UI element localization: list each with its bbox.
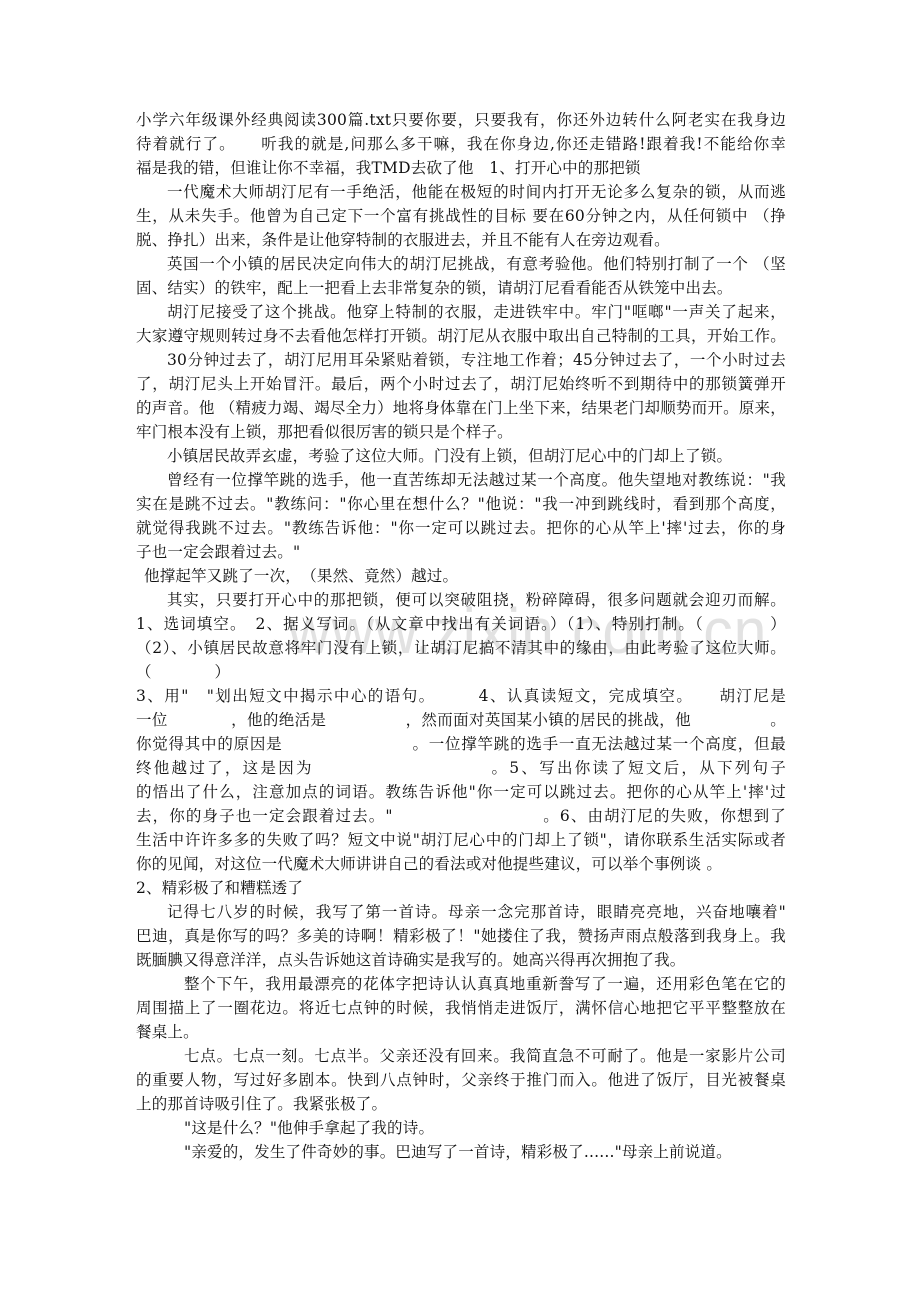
text-line: 曾经有一位撑竿跳的选手，他一直苦练却无法越过某一个高度。他失望地对教练说："我 [136, 468, 786, 492]
document-body: 小学六年级课外经典阅读300篇.txt只要你要，只要我有，你还外边转什么阿老实在… [136, 108, 786, 1164]
text-line: 脱、挣扎）出来，条件是让他穿特制的衣服进去，并且不能有人在旁边观看。 [136, 228, 786, 252]
text-line: 七点。七点一刻。七点半。父亲还没有回来。我简直急不可耐了。他是一家影片公司 [136, 1044, 786, 1068]
text-line: 他撑起竿又跳了一次， （果然、竟然）越过。 [136, 564, 786, 588]
text-line: 英国一个小镇的居民决定向伟大的胡汀尼挑战，有意考验他。他们特别打制了一个 （坚 [136, 252, 786, 276]
text-line: 巴迪，真是你写的吗？多美的诗啊！精彩极了！"她搂住了我，赞扬声雨点般落到我身上。… [136, 924, 786, 948]
text-line: 待着就行了。 听我的就是,问那么多干嘛，我在你身边,你还走错路!跟着我!不能给你… [136, 132, 786, 156]
text-line: 1、选词填空。 2、据义写词。（从文章中找出有关词语。）（1）、特别打制。（ ） [136, 612, 786, 636]
text-line: （2）、小镇居民故意将牢门没有上锁，让胡汀尼搞不清其中的缘由，由此考验了这位大师… [136, 636, 786, 660]
text-line: 大家遵守规则转过身不去看他怎样打开锁。胡汀尼从衣服中取出自己特制的工具，开始工作… [136, 324, 786, 348]
text-line: 一代魔术大师胡汀尼有一手绝活，他能在极短的时间内打开无论多么复杂的锁，从而逃 [136, 180, 786, 204]
text-line: 小镇居民故弄玄虚，考验了这位大师。门没有上锁，但胡汀尼心中的门却上了锁。 [136, 444, 786, 468]
text-line: 生活中许许多多的失败了吗？短文中说"胡汀尼心中的门却上了锁"，请你联系生活实际或… [136, 828, 786, 852]
text-line: 实在是跳不过去。"教练问："你心里在想什么？"他说："我一冲到跳线时，看到那个高… [136, 492, 786, 516]
text-line: 上的那首诗吸引住了。我紧张极了。 [136, 1092, 786, 1116]
text-line: 记得七八岁的时候，我写了第一首诗。母亲一念完那首诗，眼睛亮亮地，兴奋地嚷着" [136, 900, 786, 924]
text-line: 就觉得我跳不过去。"教练告诉他："你一定可以跳过去。把你的心从竿上'摔'过去，你… [136, 516, 786, 540]
text-line: 既腼腆又得意洋洋，点头告诉她这首诗确实是我写的。她高兴得再次拥抱了我。 [136, 948, 786, 972]
text-line: 2、精彩极了和糟糕透了 [136, 876, 786, 900]
text-line: 固、结实）的铁牢，配上一把看上去非常复杂的锁，请胡汀尼看看能否从铁笼中出去。 [136, 276, 786, 300]
text-line: 你觉得其中的原因是 。一位撑竿跳的选手一直无法越过某一个高度，但最 [136, 732, 786, 756]
text-line: 子也一定会跟着过去。" [136, 540, 786, 564]
text-line: 福是我的错，但谁让你不幸福，我TMD去砍了他 1、打开心中的那把锁 [136, 156, 786, 180]
text-line: 其实，只要打开心中的那把锁，便可以突破阻挠，粉碎障碍，很多问题就会迎刃而解。 [136, 588, 786, 612]
document-page: www.zixin.com.cn 小学六年级课外经典阅读300篇.txt只要你要… [0, 0, 920, 1302]
text-line: 终他越过了，这是因为 。5、写出你读了短文后，从下列句子 [136, 756, 786, 780]
text-line: 了，胡汀尼头上开始冒汗。最后，两个小时过去了，胡汀尼始终听不到期待中的那锁簧弹开 [136, 372, 786, 396]
text-line: 的声音。他 （精疲力竭、竭尽全力）地将身体靠在门上坐下来，结果老门却顺势而开。原… [136, 396, 786, 420]
text-line: 整个下午，我用最漂亮的花体字把诗认认真真地重新誊写了一遍，还用彩色笔在它的 [136, 972, 786, 996]
text-line: 你的见闻，对这位一代魔术大师讲讲自己的看法或对他提些建议，可以举个事例谈 。 [136, 852, 786, 876]
text-line: 生，从未失手。他曾为自己定下一个富有挑战性的目标 要在60分钟之内，从任何锁中 … [136, 204, 786, 228]
text-line: 牢门根本没有上锁，那把看似很厉害的锁只是个样子。 [136, 420, 786, 444]
text-line: 去，你的身子也一定会跟着过去。" 。6、由胡汀尼的失败，你想到了 [136, 804, 786, 828]
text-line: 小学六年级课外经典阅读300篇.txt只要你要，只要我有，你还外边转什么阿老实在… [136, 108, 786, 132]
text-line: "亲爱的，发生了件奇妙的事。巴迪写了一首诗，精彩极了......"母亲上前说道。 [136, 1140, 786, 1164]
text-line: "这是什么？"他伸手拿起了我的诗。 [136, 1116, 786, 1140]
text-line: 一位 ，他的绝活是 ，然而面对英国某小镇的居民的挑战，他 。 [136, 708, 786, 732]
text-line: 的重要人物，写过好多剧本。快到八点钟时，父亲终于推门而入。他进了饭厅，目光被餐桌 [136, 1068, 786, 1092]
text-line: （ ） [136, 660, 786, 684]
text-line: 餐桌上。 [136, 1020, 786, 1044]
text-line: 30分钟过去了，胡汀尼用耳朵紧贴着锁，专注地工作着；45分钟过去了，一个小时过去 [136, 348, 786, 372]
text-line: 3、用" "划出短文中揭示中心的语句。 4、认真读短文，完成填空。 胡汀尼是 [136, 684, 786, 708]
text-line: 的悟出了什么，注意加点的词语。教练告诉他"你一定可以跳过去。把你的心从竿上'摔'… [136, 780, 786, 804]
text-line: 胡汀尼接受了这个挑战。他穿上特制的衣服，走进铁牢中。牢门"哐啷"一声关了起来， [136, 300, 786, 324]
text-line: 周围描上了一圈花边。将近七点钟的时候，我悄悄走进饭厅，满怀信心地把它平平整整放在 [136, 996, 786, 1020]
